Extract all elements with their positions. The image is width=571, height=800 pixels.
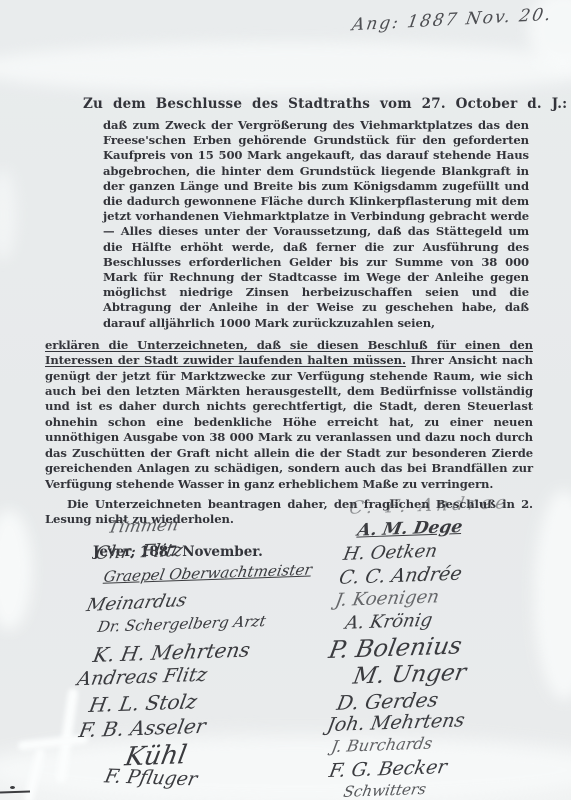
document-page: Ang: 1887 Nov. 20. Zu dem Beschlusse des… (0, 0, 571, 800)
document-body: Zu dem Beschlusse des Stadtraths vom 27.… (45, 96, 533, 560)
signature-column-right: C. F. Andree A. M. Dege H. Oetken C. C. … (328, 494, 563, 800)
paper-stain (0, 510, 32, 630)
scan-edge-mark (10, 786, 15, 789)
resolution-quote-block: daß zum Zweck der Vergrößerung des Viehm… (103, 118, 529, 331)
paper-stain (0, 170, 16, 260)
signature: F. Pfluger (102, 765, 322, 798)
document-heading: Zu dem Beschlusse des Stadtraths vom 27.… (83, 96, 533, 112)
paper-stain (0, 42, 571, 94)
declaration-paragraph: erklären die Unterzeichneten, daß sie di… (45, 338, 533, 492)
signature-column-left: Timmen Chr: Flitz Graepel Oberwachtmeist… (70, 514, 320, 794)
handwritten-date-annotation: Ang: 1887 Nov. 20. (351, 5, 554, 36)
declaration-rest: Ihrer Ansicht nach genügt der jetzt für … (45, 353, 533, 490)
